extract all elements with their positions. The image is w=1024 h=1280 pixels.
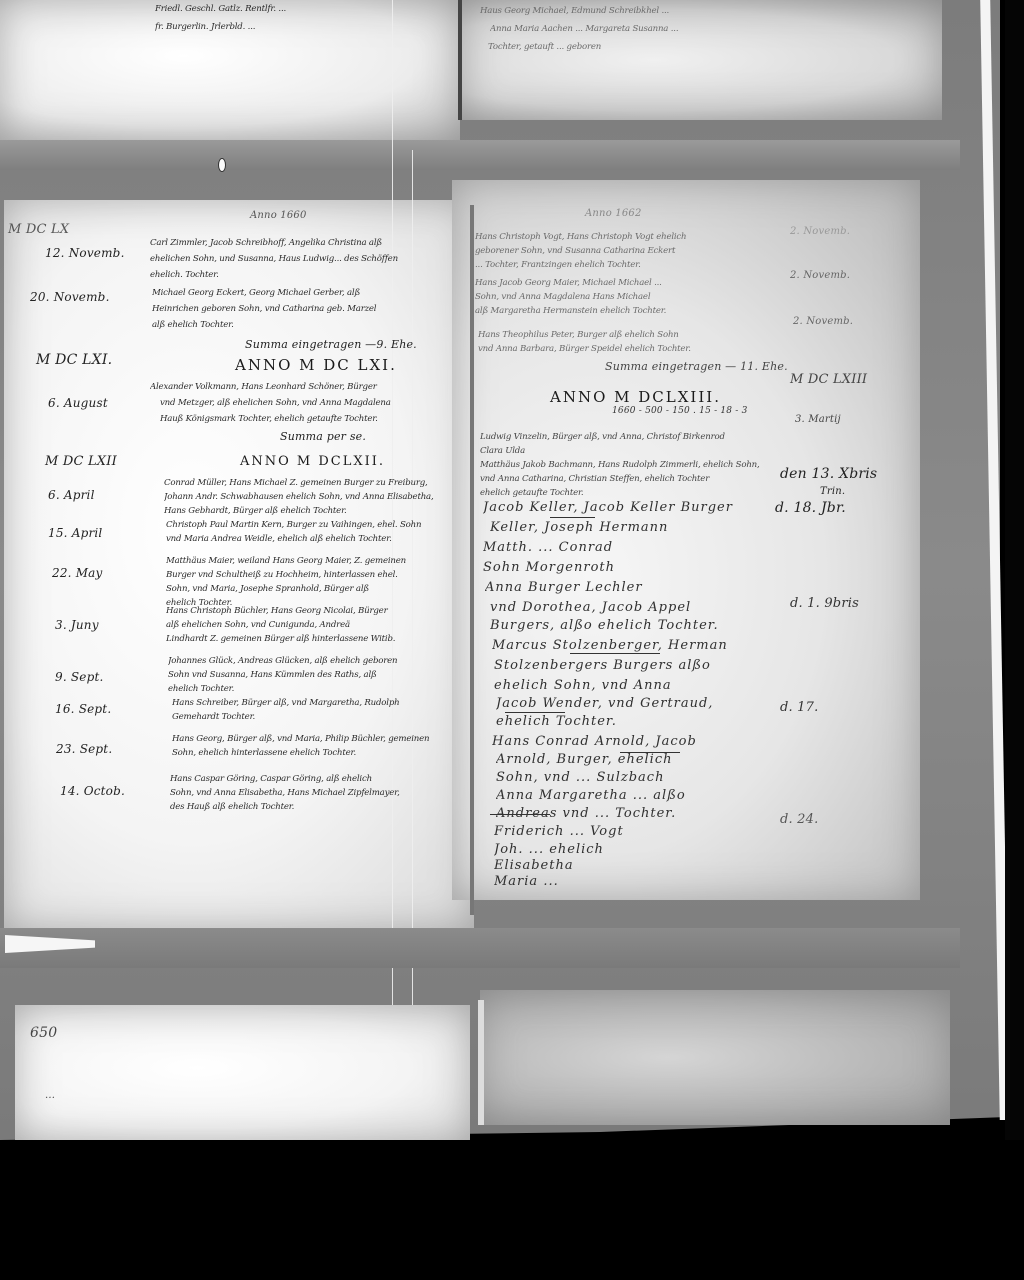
entry-line: ... Tochter, Frantzingen ehelich Tochter…: [475, 260, 745, 270]
film-separator: [0, 140, 960, 170]
entry-line: vnd Maria Andrea Weidle, ehelich alß ehe…: [166, 534, 441, 544]
entry-line: Joh. ... ehelich: [494, 842, 724, 857]
margin-date: 6. August: [48, 396, 108, 410]
entry-line: Hans Gebhardt, Bürger alß ehelich Tochte…: [164, 506, 394, 516]
entry-line: Gemehardt Tochter.: [172, 712, 292, 722]
margin-note: 3. Martij: [795, 414, 841, 425]
year-heading: ANNO M DCLXIII.: [550, 388, 721, 406]
year-margin: M DC LXIII: [790, 372, 867, 387]
underline: [550, 517, 595, 518]
top-right-line: Tochter, getauft ... geboren: [488, 42, 688, 52]
entry-line: Marcus Stolzenberger, Herman: [492, 638, 762, 653]
entry-line: Christoph Paul Martin Kern, Burger zu Va…: [166, 520, 446, 530]
top-left-line: Friedl. Geschl. Gatlz. Rentlfr. ...: [155, 4, 445, 14]
summa-line: Summa eingetragen — 11. Ehe.: [605, 360, 788, 373]
margin-date: 14. Octob.: [60, 784, 125, 798]
entry-line: ehelich Tochter.: [168, 684, 268, 694]
year-heading: ANNO M DCLXII.: [240, 454, 385, 469]
film-scratch: [412, 150, 413, 1140]
entry-line: Ludwig Vinzelin, Bürger alß, vnd Anna, C…: [480, 432, 750, 442]
dark-border: [1005, 0, 1024, 1280]
entry-line: Sohn, vnd Anna Magdalena Hans Michael: [475, 292, 755, 302]
entry-line: alß ehelichen Sohn, vnd Cunigunda, Andre…: [166, 620, 446, 630]
bottom-frame-left-page: [15, 1005, 470, 1145]
entry-line: ehelich Sohn, vnd Anna: [494, 678, 764, 693]
entry-line: Matth. ... Conrad: [483, 540, 753, 555]
entry-line: Hauß Königsmark Tochter, ehelich getauft…: [160, 414, 420, 424]
margin-note: ...: [45, 1090, 55, 1101]
underline: [620, 752, 680, 753]
margin-date: 16. Sept.: [55, 702, 111, 716]
margin-note: d. 1. 9bris: [790, 596, 859, 611]
margin-date: 3. Juny: [55, 618, 99, 632]
entry-line: ehelich getaufte Tochter.: [480, 488, 630, 498]
entry-line: Hans Christoph Büchler, Hans Georg Nicol…: [166, 606, 451, 616]
entry-line: Hans Christoph Vogt, Hans Christoph Vogt…: [475, 232, 755, 242]
margin-note: d. 17.: [780, 700, 818, 715]
entry-line: Jacob Keller, Jacob Keller Burger: [483, 500, 773, 515]
entry-line: Anna Burger Lechler: [485, 580, 765, 595]
margin-note: 2. Novemb.: [790, 226, 850, 237]
entry-line: Matthäus Maier, weiland Hans Georg Maier…: [166, 556, 451, 566]
underline: [490, 814, 550, 815]
entry-line: Matthäus Jakob Bachmann, Hans Rudolph Zi…: [480, 460, 760, 470]
entry-line: Sohn, vnd Anna Elisabetha, Hans Michael …: [170, 788, 460, 798]
margin-date: 6. April: [48, 488, 95, 502]
year-subheading: 1660 - 500 - 150 . 15 - 18 - 3: [612, 406, 748, 416]
entry-line: Heinrichen geboren Sohn, vnd Catharina g…: [152, 304, 422, 314]
top-note: Anno 1662: [585, 208, 642, 219]
entry-line: Sohn, vnd Maria, Josephe Spranhold, Bürg…: [166, 584, 436, 594]
margin-date: 9. Sept.: [55, 670, 104, 684]
margin-note: 2. Novemb.: [793, 316, 853, 327]
entry-line: geborener Sohn, vnd Susanna Catharina Ec…: [475, 246, 755, 256]
entry-line: Hans Caspar Göring, Caspar Göring, alß e…: [170, 774, 460, 784]
top-right-line: Haus Georg Michael, Edmund Schreibkhel .…: [480, 6, 780, 16]
entry-line: Hans Theophilus Peter, Burger alß ehelic…: [478, 330, 748, 340]
bottom-frame-right-page: [480, 990, 950, 1125]
entry-line: Burgers, alßo ehelich Tochter.: [490, 618, 770, 633]
year-margin: M DC LXII: [45, 454, 117, 469]
year-heading: ANNO M DC LXI.: [235, 356, 397, 374]
entry-line: alß Margaretha Hermanstein ehelich Tocht…: [475, 306, 715, 316]
top-frame-left-page: [0, 0, 460, 140]
summa-line: Summa eingetragen —9. Ehe.: [245, 338, 417, 351]
entry-line: des Hauß alß ehelich Tochter.: [170, 802, 370, 812]
underline: [570, 653, 660, 654]
entry-line: Carl Zimmler, Jacob Schreibhoff, Angelik…: [150, 238, 430, 248]
entry-line: Elisabetha: [494, 858, 694, 873]
entry-line: Conrad Müller, Hans Michael Z. gemeinen …: [164, 478, 449, 488]
bottom-gutter: [478, 1000, 484, 1125]
entry-line: Jacob Wender, vnd Gertraud,: [496, 696, 766, 711]
entry-line: Johann Andr. Schwabhausen ehelich Sohn, …: [164, 492, 449, 502]
entry-line: vnd Dorothea, Jacob Appel: [490, 600, 770, 615]
entry-line: Hans Jacob Georg Maier, Michael Michael …: [475, 278, 755, 288]
entry-line: Maria ...: [494, 874, 694, 889]
entry-line: Hans Conrad Arnold, Jacob: [492, 734, 762, 749]
top-gutter: [458, 0, 462, 120]
margin-note: 2. Novemb.: [790, 270, 850, 281]
black-border: [0, 1140, 1024, 1280]
entry-line: ehelich Tochter.: [496, 714, 696, 729]
entry-line: Hans Georg, Bürger alß, vnd Maria, Phili…: [172, 734, 457, 744]
entry-line: Clara Ulda: [480, 446, 560, 456]
margin-date: 22. May: [52, 566, 103, 580]
margin-date: 12. Novemb.: [45, 246, 125, 260]
entry-line: Michael Georg Eckert, Georg Michael Gerb…: [152, 288, 417, 298]
summa-line: Summa per se.: [280, 430, 366, 443]
entry-line: Burger vnd Schultheiß zu Hochheim, hinte…: [166, 570, 451, 580]
entry-line: Sohn vnd Susanna, Hans Kümmlen des Raths…: [168, 670, 443, 680]
top-left-line: fr. Burgerlin. Jrlerbld. ...: [155, 22, 385, 32]
entry-line: Stolzenbergers Burgers alßo: [494, 658, 764, 673]
top-note: Anno 1660: [250, 210, 307, 221]
top-right-line: Anna Maria Aachen ... Margareta Susanna …: [490, 24, 770, 34]
margin-date: 15. April: [48, 526, 102, 540]
film-separator: [0, 928, 960, 968]
year-margin: M DC LXI.: [36, 352, 112, 368]
margin-date: 20. Novemb.: [30, 290, 110, 304]
entry-line: Keller, Joseph Hermann: [490, 520, 780, 535]
entry-line: Johannes Glück, Andreas Glücken, alß ehe…: [168, 656, 448, 666]
entry-line: ehelichen Sohn, und Susanna, Haus Ludwig…: [150, 254, 435, 264]
underline: [505, 712, 565, 713]
entry-line: Alexander Volkmann, Hans Leonhard Schöne…: [150, 382, 440, 392]
entry-line: ehelich. Tochter.: [150, 270, 270, 280]
entry-line: Anna Margaretha ... alßo: [496, 788, 756, 803]
entry-line: Friderich ... Vogt: [494, 824, 724, 839]
entry-line: vnd Metzger, alß ehelichen Sohn, vnd Ann…: [160, 398, 445, 408]
corner-label: M DC LX: [8, 222, 69, 237]
entry-line: Sohn, ehelich hinterlassene ehelich Toch…: [172, 748, 442, 758]
entry-line: Sohn, vnd ... Sulzbach: [496, 770, 756, 785]
margin-note: den 13. Xbris: [780, 466, 877, 482]
bottom-page-label: 650: [30, 1025, 57, 1041]
entry-line: Lindhardt Z. gemeinen Bürger alß hinterl…: [166, 634, 451, 644]
entry-line: alß ehelich Tochter.: [152, 320, 292, 330]
margin-note-sub: Trin.: [820, 486, 845, 497]
entry-line: vnd Anna Barbara, Bürger Speidel ehelich…: [478, 344, 718, 354]
entry-line: Hans Schreiber, Bürger alß, vnd Margaret…: [172, 698, 437, 708]
entry-line: vnd Anna Catharina, Christian Steffen, e…: [480, 474, 760, 484]
entry-line: Arnold, Burger, ehelich: [496, 752, 756, 767]
margin-note: d. 24.: [780, 812, 818, 827]
margin-note: d. 18. Jbr.: [775, 500, 846, 516]
margin-date: 23. Sept.: [56, 742, 112, 756]
entry-line: Sohn Morgenroth: [483, 560, 763, 575]
page-gutter: [470, 205, 474, 915]
film-speck: [218, 158, 226, 172]
top-frame-right-page: [462, 0, 942, 120]
